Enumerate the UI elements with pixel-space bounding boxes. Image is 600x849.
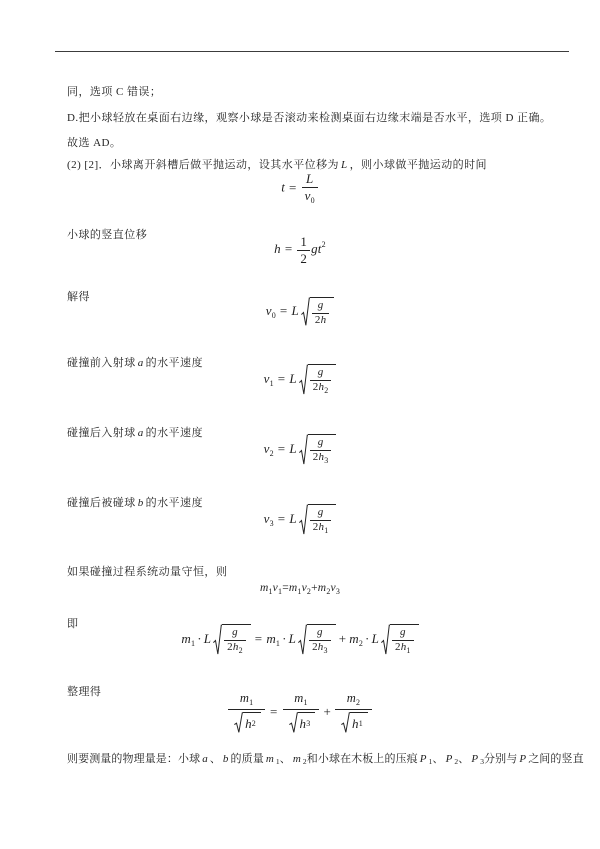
var-L: L	[204, 631, 211, 646]
var-g: g	[315, 300, 327, 313]
denominator: 2h	[312, 313, 329, 327]
equals-sign: =	[285, 241, 293, 256]
var-gt: gt	[311, 241, 322, 256]
var-g: g	[314, 627, 326, 640]
text-run: 的质量	[231, 753, 264, 765]
subscript-3: 3	[336, 587, 340, 596]
fraction: g2h1	[310, 507, 332, 535]
radical-icon	[298, 624, 307, 656]
fraction: m2h1	[335, 692, 372, 735]
dot-operator: ·	[282, 631, 287, 646]
paragraph-momentum-conservation: 如果碰撞过程系统动量守恒，则	[67, 565, 227, 580]
radical-icon	[299, 434, 308, 466]
text-run: 则要测量的物理量是：小球	[67, 753, 200, 765]
plus-sign: +	[311, 582, 318, 594]
subscript-0: 0	[272, 311, 276, 320]
var-P: P	[420, 753, 427, 765]
square-root: h2	[234, 712, 261, 734]
formula-v3: v3=Lg2h1	[0, 504, 600, 536]
subscript-3: 3	[306, 720, 310, 728]
radical-icon	[289, 712, 298, 734]
radicand: g2h3	[308, 434, 337, 466]
subscript-1: 1	[191, 639, 195, 648]
formula-v1: v1=Lg2h2	[0, 364, 600, 396]
subscript-1: 1	[276, 639, 280, 648]
denominator: 2h3	[310, 450, 332, 465]
var-g: g	[397, 627, 409, 640]
var-m: m	[294, 691, 303, 705]
square-root: g2h1	[381, 624, 419, 656]
radicand: g2h3	[307, 624, 336, 656]
numerator: m1	[291, 692, 310, 709]
radicand: g2h2	[222, 624, 251, 656]
denominator: 2h1	[310, 520, 332, 535]
dot-operator: ·	[197, 631, 202, 646]
var-h: h	[321, 314, 327, 326]
var-m: m	[181, 631, 191, 646]
denominator: 2h2	[224, 640, 246, 655]
square-root: g2h3	[298, 624, 336, 656]
var-L: L	[289, 631, 296, 646]
var-g: g	[229, 627, 241, 640]
radical-icon	[299, 504, 308, 536]
var-L: L	[289, 441, 296, 456]
header-rule	[55, 51, 569, 52]
subscript-2: 2	[270, 449, 274, 458]
numerator: m2	[344, 692, 363, 709]
var-L: L	[289, 371, 296, 386]
var-L: L	[291, 303, 298, 318]
var-h: h	[300, 717, 307, 731]
fraction: m1h2	[228, 692, 265, 735]
text-run: ，则小球做平抛运动的时间	[350, 159, 487, 171]
subscript-3: 3	[323, 646, 327, 655]
fraction: g2h2	[310, 367, 332, 395]
denominator: 2h1	[392, 640, 414, 655]
denominator: h1	[335, 709, 372, 735]
var-L: L	[372, 631, 379, 646]
subscript-2: 2	[359, 639, 363, 648]
radical-icon	[299, 364, 308, 396]
var-m: m	[240, 691, 249, 705]
subscript-1: 1	[304, 698, 308, 707]
dot-operator: ·	[365, 631, 370, 646]
radical-icon	[301, 297, 310, 327]
radicand: h2	[243, 712, 261, 734]
subscript-1: 1	[249, 698, 253, 707]
var-g: g	[315, 367, 327, 380]
fraction: g2h3	[310, 437, 332, 465]
formula-fall-height: h=12gt2	[0, 235, 600, 265]
var-P: P	[446, 753, 453, 765]
var-h: h	[352, 717, 359, 731]
square-root: h1	[341, 712, 368, 734]
equals-sign: =	[278, 511, 286, 526]
subscript-1: 1	[359, 720, 363, 728]
paragraph-quantities-to-measure: 则要测量的物理量是：小球a、b的质量m1、m2和小球在木板上的压痕P1、P2、P…	[67, 752, 584, 769]
document-page: 同，选项 C 错误； D.把小球轻放在桌面右边缘，观察小球是否滚动来检测桌面右边…	[0, 0, 600, 849]
subscript-2: 2	[252, 720, 256, 728]
formula-v2: v2=Lg2h3	[0, 434, 600, 466]
square-root: g2h3	[299, 434, 337, 466]
equals-sign: =	[278, 371, 286, 386]
var-m: m	[266, 753, 274, 765]
text-run: 、	[432, 753, 443, 765]
subscript-1: 1	[406, 646, 410, 655]
text-run: 、	[210, 753, 221, 765]
fraction: Lv0	[302, 172, 318, 205]
subscript-2: 2	[239, 646, 243, 655]
fraction: g2h1	[392, 627, 414, 655]
numerator-1: 1	[297, 235, 310, 250]
paragraph-part2-intro: (2) [2]．小球离开斜槽后做平抛运动，设其水平位移为L，则小球做平抛运动的时…	[67, 158, 487, 173]
var-m: m	[349, 631, 359, 646]
text-run: (2) [2]．小球离开斜槽后做平抛运动，设其水平位移为	[67, 159, 339, 171]
fraction: g2h3	[309, 627, 331, 655]
fraction: g2h2	[224, 627, 246, 655]
plus-sign: +	[339, 631, 347, 646]
square-root: g2h	[301, 297, 334, 327]
var-m: m	[293, 753, 301, 765]
radicand: g2h1	[308, 504, 337, 536]
fraction: g2h	[312, 300, 329, 326]
var-L: L	[341, 159, 348, 171]
formula-v0: v0=Lg2h	[0, 297, 600, 327]
radical-icon	[234, 712, 243, 734]
superscript-2: 2	[322, 240, 326, 249]
formula-momentum-expanded: m1·Lg2h2=m1·Lg2h3+m2·Lg2h1	[0, 624, 600, 656]
text-run: 之间的竖直	[528, 753, 584, 765]
denominator: 2h3	[309, 640, 331, 655]
plus-sign: +	[323, 704, 331, 719]
radicand: g2h2	[308, 364, 337, 396]
var-g: g	[315, 437, 327, 450]
radicand: h1	[350, 712, 368, 734]
equals-sign: =	[280, 303, 288, 318]
equals-sign: =	[278, 441, 286, 456]
var-a: a	[202, 753, 208, 765]
paragraph-answer-ad: 故选 AD。	[67, 136, 121, 151]
denominator: v0	[302, 187, 318, 205]
equals-sign: =	[282, 582, 289, 594]
var-h: h	[245, 717, 252, 731]
paragraph-option-d: D.把小球轻放在桌面右边缘，观察小球是否滚动来检测桌面右边缘末端是否水平，选项 …	[67, 111, 551, 126]
square-root: g2h2	[299, 364, 337, 396]
subscript-1: 1	[270, 379, 274, 388]
subscript-3: 3	[270, 519, 274, 528]
subscript-1: 1	[324, 526, 328, 535]
denominator: 2h2	[310, 380, 332, 395]
text-run: 和小球在木板上的压痕	[307, 753, 418, 765]
fraction: 12	[297, 235, 310, 265]
square-root: h3	[289, 712, 316, 734]
denominator: h2	[228, 709, 265, 735]
var-m: m	[266, 631, 276, 646]
subscript-2: 2	[356, 698, 360, 707]
radical-icon	[381, 624, 390, 656]
equals-sign: =	[255, 631, 263, 646]
var-t: t	[281, 180, 285, 195]
square-root: g2h1	[299, 504, 337, 536]
radicand: h3	[298, 712, 316, 734]
var-b: b	[223, 753, 229, 765]
var-P: P	[519, 753, 526, 765]
var-g: g	[315, 507, 327, 520]
fraction: m1h3	[283, 692, 320, 735]
numerator: m1	[237, 692, 256, 709]
paragraph-option-c: 同，选项 C 错误；	[67, 85, 161, 100]
var-h: h	[274, 241, 281, 256]
formula-final-relation: m1h2=m1h3+m2h1	[0, 692, 600, 735]
denominator-2: 2	[297, 250, 310, 266]
radicand: g2h	[310, 297, 334, 327]
radicand: g2h1	[390, 624, 419, 656]
text-run: 、	[280, 753, 291, 765]
subscript-0: 0	[311, 196, 315, 205]
subscript-2: 2	[324, 386, 328, 395]
var-L: L	[303, 172, 316, 187]
formula-projectile-time: t=Lv0	[0, 172, 600, 205]
var-L: L	[289, 511, 296, 526]
radical-icon	[213, 624, 222, 656]
var-P: P	[471, 753, 478, 765]
denominator: h3	[283, 709, 320, 735]
equals-sign: =	[270, 704, 278, 719]
text-run: 分别与	[484, 753, 517, 765]
var-m: m	[347, 691, 356, 705]
text-run: 、	[458, 753, 469, 765]
radical-icon	[341, 712, 350, 734]
equals-sign: =	[289, 180, 297, 195]
formula-momentum: m1v1=m1v2+m2v3	[0, 582, 600, 596]
square-root: g2h2	[213, 624, 251, 656]
subscript-3: 3	[324, 456, 328, 465]
